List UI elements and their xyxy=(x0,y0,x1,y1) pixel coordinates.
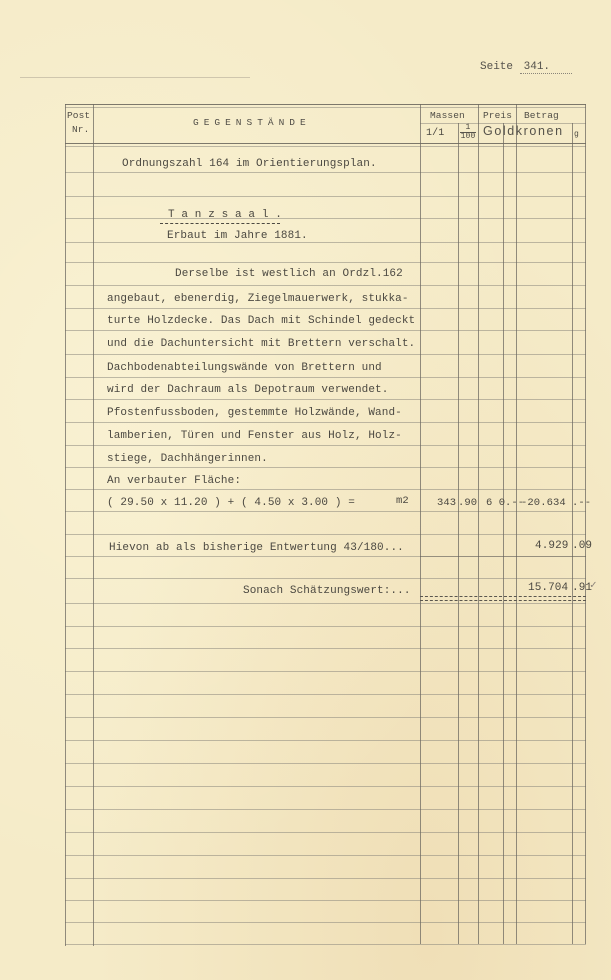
ruled-row-line xyxy=(65,809,586,810)
ruled-row-line xyxy=(65,172,586,173)
header-masses-unit-whole: 1/1 xyxy=(426,128,444,139)
ruled-row-line xyxy=(65,285,586,286)
page-number-value: 341. xyxy=(520,61,572,74)
col-line-price-split xyxy=(503,123,504,944)
fraction-numerator: 1 xyxy=(460,124,476,132)
ruled-row-line xyxy=(65,922,586,923)
ruled-row-line xyxy=(65,855,586,856)
ruled-row-line xyxy=(65,786,586,787)
col-line-right xyxy=(585,104,586,944)
col-line-items xyxy=(420,104,421,944)
header-items: GEGENSTÄNDE xyxy=(193,117,311,128)
ruled-row-line xyxy=(65,242,586,243)
entry-desc-1: Derselbe ist westlich an Ordzl.162 xyxy=(175,268,403,280)
title-underline xyxy=(160,223,280,224)
header-currency-subunit: g xyxy=(574,130,579,139)
header-nr: Nr. xyxy=(72,124,89,135)
header-masses-unit-hundredth: 1 100 xyxy=(460,124,476,141)
estimate-amount-whole: 15.704 xyxy=(528,582,568,594)
ruled-row-line xyxy=(65,489,586,490)
col-line-post xyxy=(93,104,94,946)
header-currency: Goldkronen xyxy=(483,124,564,138)
col-line-masses-split xyxy=(458,123,459,944)
entry-desc-8: lamberien, Türen und Fenster aus Holz, H… xyxy=(107,430,402,442)
ruled-row-line xyxy=(65,648,586,649)
ruled-row-line xyxy=(65,717,586,718)
ruled-row-line xyxy=(65,671,586,672)
col-line-amount-split xyxy=(572,123,573,944)
entry-area-label: An verbauter Fläche: xyxy=(107,475,241,487)
ruled-row-line xyxy=(65,354,586,355)
ruled-row-line xyxy=(65,740,586,741)
header-masses: Massen xyxy=(430,110,465,121)
ruled-row-line xyxy=(65,511,586,512)
ruled-row-line xyxy=(65,262,586,263)
ruled-row-line xyxy=(65,578,586,579)
calc-price-whole: 6 0 xyxy=(486,497,505,509)
ruled-row-line xyxy=(65,399,586,400)
ruled-row-line xyxy=(65,308,586,309)
ruled-row-line xyxy=(65,832,586,833)
estimate-label: Sonach Schätzungswert:... xyxy=(243,585,411,597)
ruled-row-line xyxy=(65,196,586,197)
calc-mass-whole: 343 xyxy=(437,497,456,509)
depreciation-label: Hievon ab als bisherige Entwertung 43/18… xyxy=(109,542,404,554)
calc-formula: ( 29.50 x 11.20 ) + ( 4.50 x 3.00 ) = xyxy=(107,497,355,509)
table-top-border xyxy=(65,104,586,105)
header-post: Post xyxy=(67,110,90,121)
check-mark-icon: ✓ xyxy=(590,578,597,592)
ruled-row-line xyxy=(65,534,586,535)
entry-desc-4: und die Dachuntersicht mit Brettern vers… xyxy=(107,338,415,350)
ruled-row-line xyxy=(65,763,586,764)
entry-desc-6: wird der Dachraum als Depotraum verwende… xyxy=(107,384,388,396)
entry-desc-2: angebaut, ebenerdig, Ziegelmauerwerk, st… xyxy=(107,293,409,305)
entry-desc-7: Pfostenfussboden, gestemmte Holzwände, W… xyxy=(107,407,402,419)
page-label: Seite xyxy=(480,61,513,73)
ruled-row-line xyxy=(65,878,586,879)
ruled-row-line xyxy=(65,603,586,604)
entry-desc-9: stiege, Dachhängerinnen. xyxy=(107,453,268,465)
ruled-row-line xyxy=(65,330,586,331)
fraction-denominator: 100 xyxy=(460,132,476,141)
col-line-left xyxy=(65,104,66,946)
ruled-row-line xyxy=(65,218,586,219)
ruled-row-line xyxy=(65,944,586,945)
header-bottom-border-inner xyxy=(65,146,586,147)
entry-desc-5: Dachbodenabteilungswände von Brettern un… xyxy=(107,362,382,374)
depreciation-amount-whole: 4.929 xyxy=(535,540,569,552)
entry-built: Erbaut im Jahre 1881. xyxy=(167,230,308,242)
total-double-underline xyxy=(420,596,586,601)
page-number: Seite 341. xyxy=(480,61,572,74)
col-line-masses xyxy=(478,104,479,944)
ruled-row-line xyxy=(65,900,586,901)
header-amount: Betrag xyxy=(524,110,559,121)
header-bottom-border xyxy=(65,143,586,144)
col-line-price xyxy=(516,104,517,944)
header-price: Preis xyxy=(483,110,512,121)
depreciation-amount-fraction: .09 xyxy=(572,540,592,552)
calc-amount-fraction: .-- xyxy=(572,497,591,509)
entry-title: T a n z s a a l . xyxy=(168,209,282,221)
entry-desc-3: turte Holzdecke. Das Dach mit Schindel g… xyxy=(107,315,415,327)
ruled-row-line xyxy=(65,445,586,446)
ruled-row-line xyxy=(65,694,586,695)
calc-mass-fraction: .90 xyxy=(458,497,477,509)
table-top-border-inner xyxy=(65,107,586,108)
entry-ordnungszahl: Ordnungszahl 164 im Orientierungsplan. xyxy=(122,158,377,170)
ruled-row-line xyxy=(65,377,586,378)
document-page xyxy=(0,0,611,980)
ruled-row-line xyxy=(65,422,586,423)
subtraction-rule xyxy=(420,556,586,557)
calc-amount-whole: -20.634 xyxy=(521,497,566,509)
ruled-row-line xyxy=(65,467,586,468)
ruled-row-line xyxy=(65,626,586,627)
faint-rule xyxy=(20,77,250,78)
calc-unit: m2 xyxy=(396,495,409,507)
